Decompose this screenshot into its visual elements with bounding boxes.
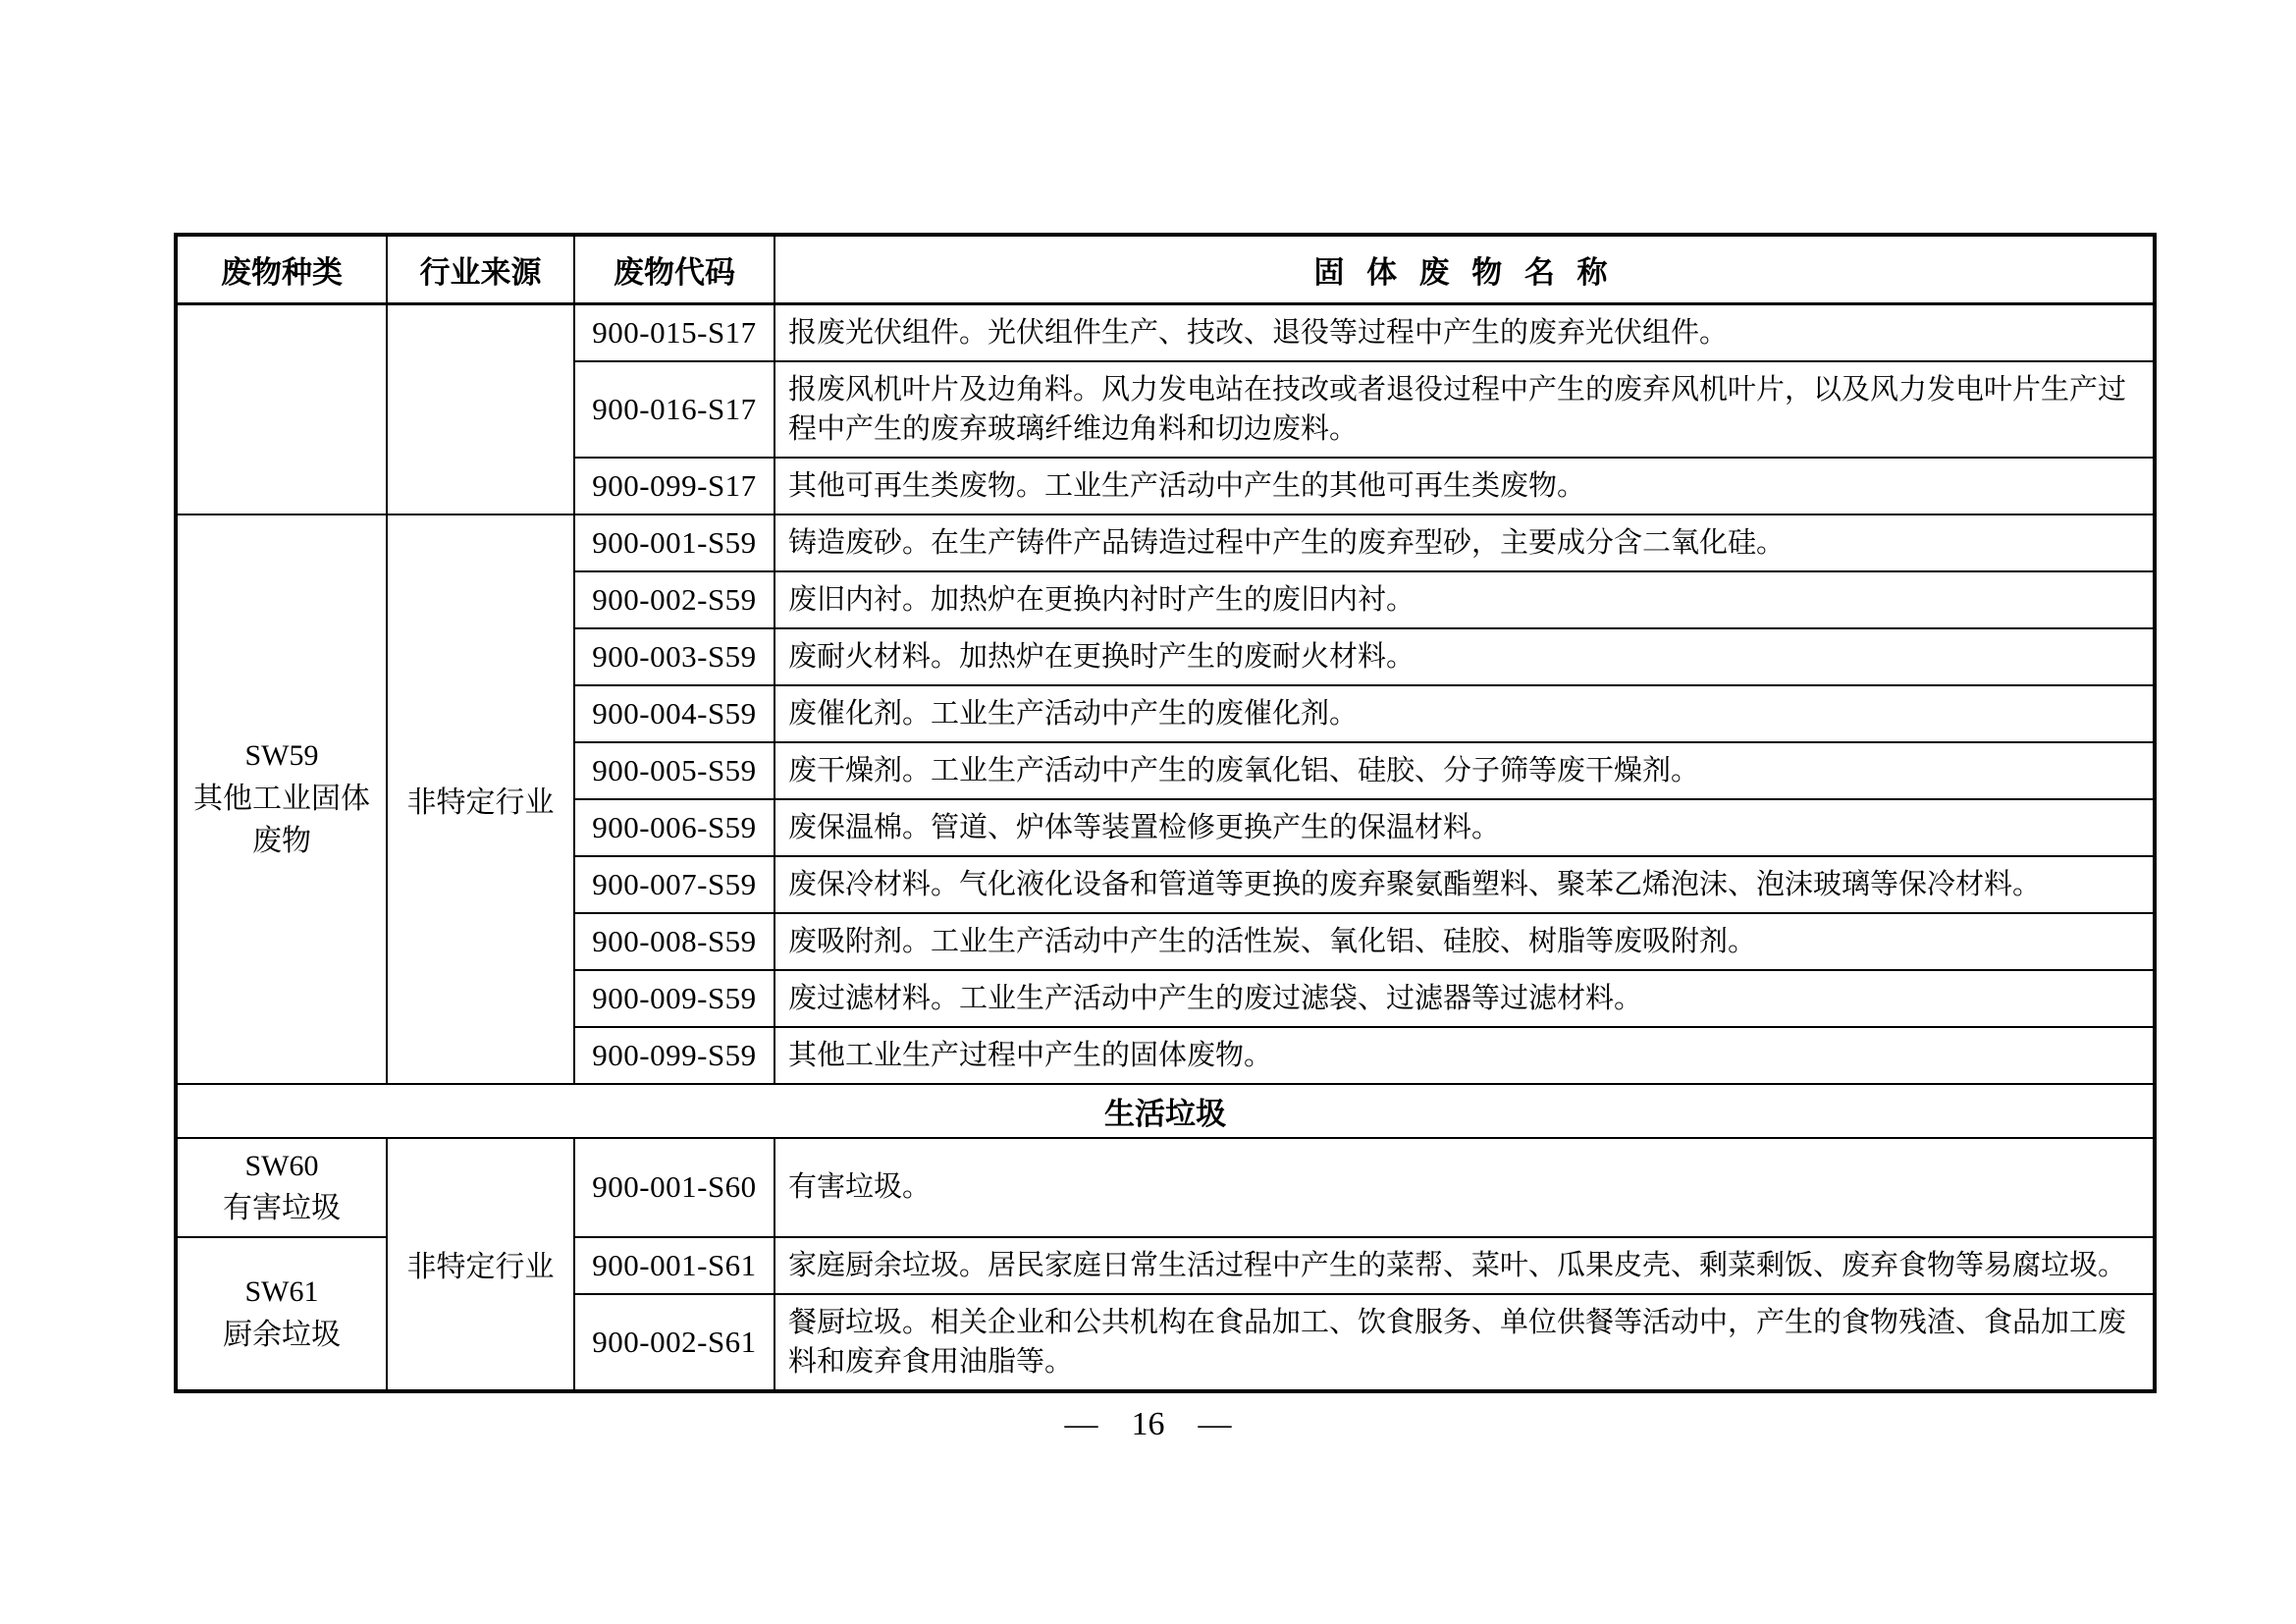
table-row: 900-015-S17报废光伏组件。光伏组件生产、技改、退役等过程中产生的废弃光… xyxy=(176,303,2155,361)
industry-source-cell: 非特定行业 xyxy=(387,1138,574,1391)
waste-name-cell: 其他可再生类废物。工业生产活动中产生的其他可再生类废物。 xyxy=(774,458,2155,514)
solid-waste-classification-table: 废物种类行业来源废物代码固 体 废 物 名 称 900-015-S17报废光伏组… xyxy=(174,233,2157,1393)
waste-code-cell: 900-004-S59 xyxy=(574,685,774,742)
waste-name-cell: 废催化剂。工业生产活动中产生的废催化剂。 xyxy=(774,685,2155,742)
table-body: 900-015-S17报废光伏组件。光伏组件生产、技改、退役等过程中产生的废弃光… xyxy=(176,303,2155,1391)
industry-source-cell xyxy=(387,303,574,514)
waste-name-cell: 废保冷材料。气化液化设备和管道等更换的废弃聚氨酯塑料、聚苯乙烯泡沫、泡沫玻璃等保… xyxy=(774,856,2155,913)
waste-code-cell: 900-008-S59 xyxy=(574,913,774,970)
waste-code-cell: 900-002-S61 xyxy=(574,1294,774,1391)
document-page: 废物种类行业来源废物代码固 体 废 物 名 称 900-015-S17报废光伏组… xyxy=(0,0,2296,1624)
waste-code-cell: 900-001-S60 xyxy=(574,1138,774,1237)
waste-code-cell: 900-099-S59 xyxy=(574,1027,774,1084)
waste-name-cell: 餐厨垃圾。相关企业和公共机构在食品加工、饮食服务、单位供餐等活动中，产生的食物残… xyxy=(774,1294,2155,1391)
waste-code-cell: 900-002-S59 xyxy=(574,571,774,628)
waste-name-cell: 废干燥剂。工业生产活动中产生的废氧化铝、硅胶、分子筛等废干燥剂。 xyxy=(774,742,2155,799)
waste-category-cell xyxy=(176,303,387,514)
table-row: SW59 其他工业固体 废物非特定行业900-001-S59铸造废砂。在生产铸件… xyxy=(176,514,2155,571)
waste-code-cell: 900-001-S61 xyxy=(574,1237,774,1294)
waste-code-cell: 900-009-S59 xyxy=(574,970,774,1027)
waste-code-cell: 900-005-S59 xyxy=(574,742,774,799)
section-row: 生活垃圾 xyxy=(176,1084,2155,1138)
footer-left-dash: — xyxy=(1065,1406,1098,1443)
waste-code-cell: 900-099-S17 xyxy=(574,458,774,514)
waste-code-cell: 900-001-S59 xyxy=(574,514,774,571)
waste-code-cell: 900-006-S59 xyxy=(574,799,774,856)
waste-name-cell: 报废风机叶片及边角料。风力发电站在技改或者退役过程中产生的废弃风机叶片，以及风力… xyxy=(774,361,2155,458)
page-number: 16 xyxy=(1132,1406,1165,1443)
section-title-cell: 生活垃圾 xyxy=(176,1084,2155,1138)
waste-name-cell: 废旧内衬。加热炉在更换内衬时产生的废旧内衬。 xyxy=(774,571,2155,628)
waste-name-cell: 废吸附剂。工业生产活动中产生的活性炭、氧化铝、硅胶、树脂等废吸附剂。 xyxy=(774,913,2155,970)
waste-name-cell: 家庭厨余垃圾。居民家庭日常生活过程中产生的菜帮、菜叶、瓜果皮壳、剩菜剩饭、废弃食… xyxy=(774,1237,2155,1294)
waste-name-cell: 铸造废砂。在生产铸件产品铸造过程中产生的废弃型砂，主要成分含二氧化硅。 xyxy=(774,514,2155,571)
table-header-row: 废物种类行业来源废物代码固 体 废 物 名 称 xyxy=(176,235,2155,303)
page-footer: — 16 — xyxy=(0,1406,2296,1443)
column-header: 废物代码 xyxy=(574,235,774,303)
waste-name-cell: 其他工业生产过程中产生的固体废物。 xyxy=(774,1027,2155,1084)
waste-code-cell: 900-007-S59 xyxy=(574,856,774,913)
table-header: 废物种类行业来源废物代码固 体 废 物 名 称 xyxy=(176,235,2155,303)
waste-name-cell: 废耐火材料。加热炉在更换时产生的废耐火材料。 xyxy=(774,628,2155,685)
waste-category-cell: SW59 其他工业固体 废物 xyxy=(176,514,387,1084)
waste-code-cell: 900-015-S17 xyxy=(574,303,774,361)
footer-right-dash: — xyxy=(1199,1406,1232,1443)
waste-code-cell: 900-003-S59 xyxy=(574,628,774,685)
waste-name-cell: 废保温棉。管道、炉体等装置检修更换产生的保温材料。 xyxy=(774,799,2155,856)
waste-name-cell: 报废光伏组件。光伏组件生产、技改、退役等过程中产生的废弃光伏组件。 xyxy=(774,303,2155,361)
industry-source-cell: 非特定行业 xyxy=(387,514,574,1084)
column-header: 废物种类 xyxy=(176,235,387,303)
waste-code-cell: 900-016-S17 xyxy=(574,361,774,458)
table-row: SW60 有害垃圾非特定行业900-001-S60有害垃圾。 xyxy=(176,1138,2155,1237)
column-header: 固 体 废 物 名 称 xyxy=(774,235,2155,303)
column-header: 行业来源 xyxy=(387,235,574,303)
waste-name-cell: 有害垃圾。 xyxy=(774,1138,2155,1237)
waste-category-cell: SW61 厨余垃圾 xyxy=(176,1237,387,1391)
waste-name-cell: 废过滤材料。工业生产活动中产生的废过滤袋、过滤器等过滤材料。 xyxy=(774,970,2155,1027)
waste-category-cell: SW60 有害垃圾 xyxy=(176,1138,387,1237)
